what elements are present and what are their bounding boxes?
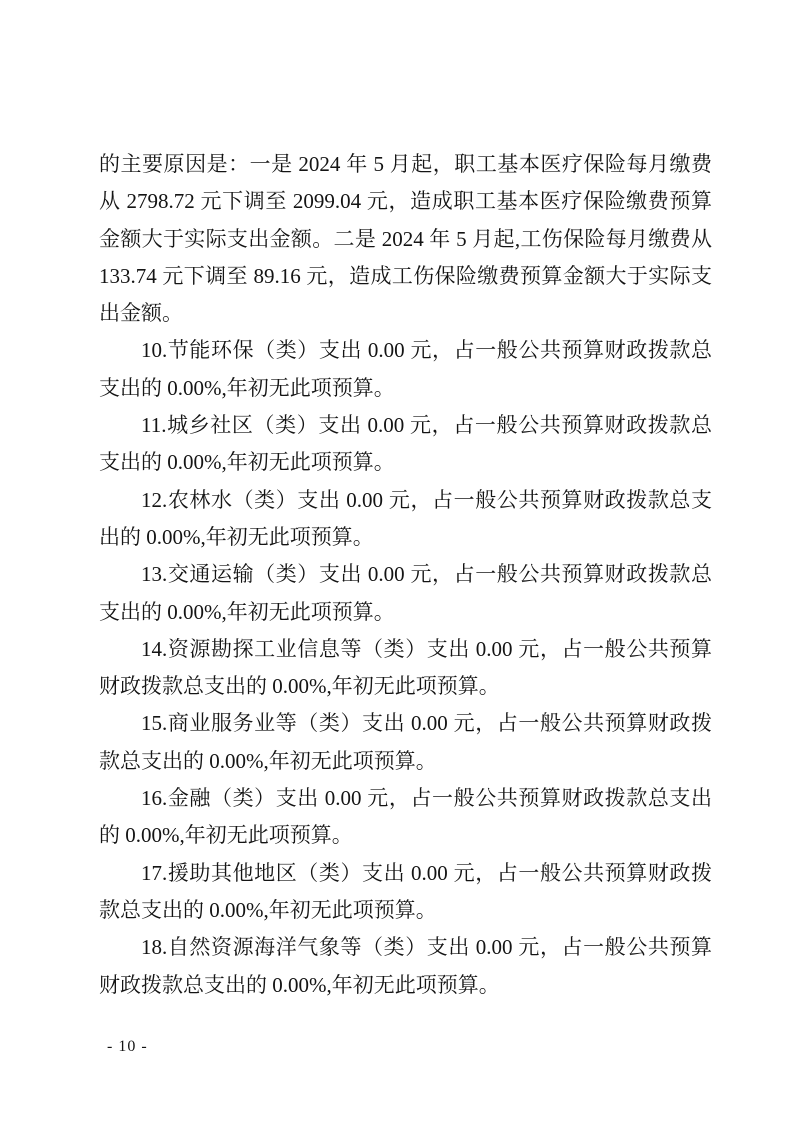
paragraph-item-12: 12.农林水（类）支出 0.00 元，占一般公共预算财政拨款总支出的 0.00%…: [99, 482, 712, 557]
paragraph-item-13: 13.交通运输（类）支出 0.00 元，占一般公共预算财政拨款总支出的 0.00…: [99, 556, 712, 631]
paragraph-item-15: 15.商业服务业等（类）支出 0.00 元，占一般公共预算财政拨款总支出的 0.…: [99, 705, 712, 780]
paragraph-item-10: 10.节能环保（类）支出 0.00 元，占一般公共预算财政拨款总支出的 0.00…: [99, 332, 712, 407]
paragraph-item-16: 16.金融（类）支出 0.00 元，占一般公共预算财政拨款总支出的 0.00%,…: [99, 780, 712, 855]
paragraph-item-18: 18.自然资源海洋气象等（类）支出 0.00 元，占一般公共预算财政拨款总支出的…: [99, 929, 712, 1004]
paragraph-continuation: 的主要原因是：一是 2024 年 5 月起，职工基本医疗保险每月缴费从 2798…: [99, 146, 712, 332]
paragraph-item-14: 14.资源勘探工业信息等（类）支出 0.00 元，占一般公共预算财政拨款总支出的…: [99, 631, 712, 706]
document-body: 的主要原因是：一是 2024 年 5 月起，职工基本医疗保险每月缴费从 2798…: [99, 146, 712, 1004]
page-number: - 10 -: [107, 1036, 148, 1058]
paragraph-item-11: 11.城乡社区（类）支出 0.00 元，占一般公共预算财政拨款总支出的 0.00…: [99, 407, 712, 482]
paragraph-item-17: 17.援助其他地区（类）支出 0.00 元，占一般公共预算财政拨款总支出的 0.…: [99, 855, 712, 930]
document-page: 的主要原因是：一是 2024 年 5 月起，职工基本医疗保险每月缴费从 2798…: [0, 0, 793, 1122]
